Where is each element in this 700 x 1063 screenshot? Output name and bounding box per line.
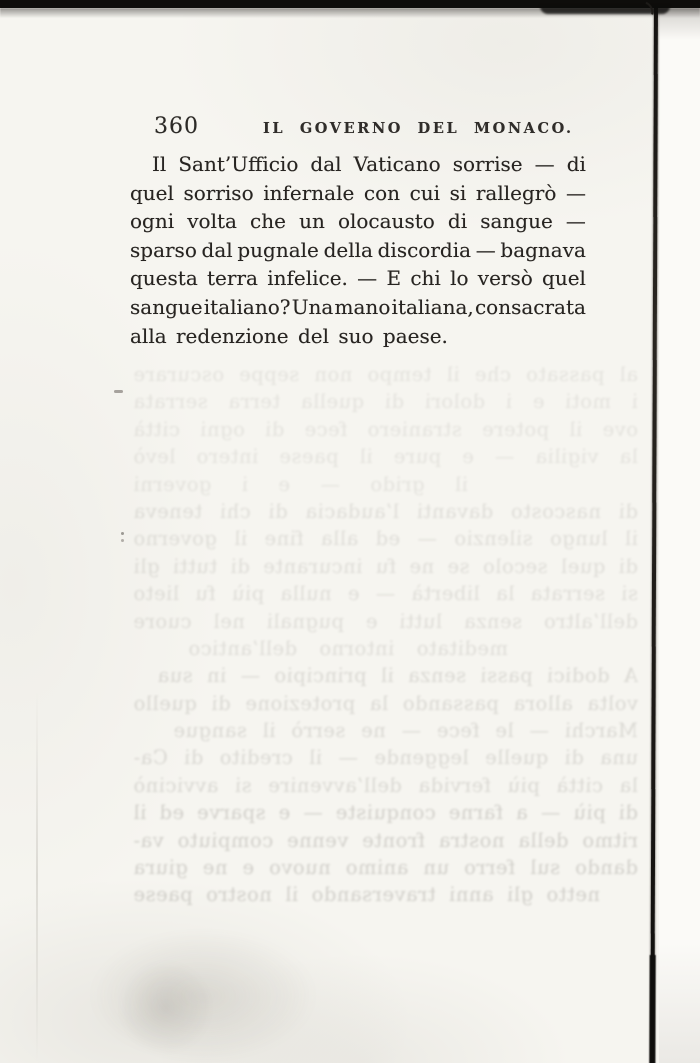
bleedthrough-line: unadiquelleleggende—ilcreditodiCa- bbox=[133, 744, 638, 771]
ink-speck bbox=[114, 390, 123, 393]
bleedthrough-line: dandosulferrounanimonuovoenegiura bbox=[133, 854, 638, 881]
text-line: questaterrainfelice.—Echiloversòquel bbox=[130, 264, 586, 293]
bleedthrough-line: voltaallorapassandolaprotezionediquello bbox=[133, 690, 638, 717]
ink-speck bbox=[121, 532, 124, 535]
bleedthrough-line: dinascostodavantil’audaciadichiteneva bbox=[133, 498, 638, 525]
bleedthrough-line: Marchi—lefece—neserròilsangue bbox=[133, 717, 638, 744]
bleedthrough-line: meditatointornodell’antico bbox=[133, 635, 638, 662]
page-number: 360 bbox=[154, 114, 199, 139]
bleedthrough-line: imotieidoloridiquellaterraserrata bbox=[133, 388, 638, 415]
bleedthrough-line: dipiù—afarneconquiste—esparveedil bbox=[133, 799, 638, 826]
text-line: IlSant’UfficiodalVaticanosorrise—di bbox=[130, 150, 586, 179]
bleedthrough-text: alpassatocheiltempononseppeoscurare imot… bbox=[133, 361, 638, 909]
bleedthrough-line: lacittàpiùfervidadell’avveniresiavvicinò bbox=[133, 772, 638, 799]
paper-crease-streak bbox=[36, 690, 38, 1063]
body-paragraph: IlSant’UfficiodalVaticanosorrise—di quel… bbox=[130, 150, 586, 350]
text-line: ognivoltacheunolocaustodisangue— bbox=[130, 207, 586, 236]
scanned-book-page: 360 IL GOVERNO DEL MONACO. IlSant’Uffici… bbox=[0, 0, 700, 1063]
adjacent-page-edge bbox=[659, 0, 700, 1063]
bleedthrough-line: ritmodellanostrafrontevennecompiutova- bbox=[133, 827, 638, 854]
bleedthrough-line: nettogliannitraversandoilnostropaese bbox=[133, 881, 638, 908]
bleedthrough-line: dell’altrosenzaluttiepugnalinelcuore bbox=[133, 608, 638, 635]
paper-stain bbox=[118, 960, 213, 1055]
bleedthrough-line: Adodicipassisenzailprincipio—insua bbox=[133, 662, 638, 689]
text-line: alla redenzione del suo paese. bbox=[130, 322, 586, 351]
bleedthrough-line: illungosilenzio—edallafineilgoverno bbox=[133, 525, 638, 552]
bleedthrough-line: siserratalalibertà—enullapiùfulieto bbox=[133, 580, 638, 607]
bleedthrough-line: alpassatocheiltempononseppeoscurare bbox=[133, 361, 638, 388]
text-line: sparsodalpugnaledelladiscordia—bagnava bbox=[130, 236, 586, 265]
book-gutter-shadow bbox=[650, 5, 657, 1063]
text-line: sangueitaliano?Unamanoitaliana,consacrat… bbox=[130, 293, 586, 322]
bleedthrough-line: oveilpoterestranierofecediognicittà bbox=[133, 416, 638, 443]
bleedthrough-line: ilgrido—eigoverni bbox=[133, 471, 638, 498]
bleedthrough-line: lavigilia—epureilpaeseinterolevò bbox=[133, 443, 638, 470]
text-line: quelsorrisoinfernaleconcuisirallegrò— bbox=[130, 179, 586, 208]
bleedthrough-line: diquelsecolosenefuincurantedituttigli bbox=[133, 553, 638, 580]
running-title: IL GOVERNO DEL MONACO. bbox=[263, 120, 574, 137]
